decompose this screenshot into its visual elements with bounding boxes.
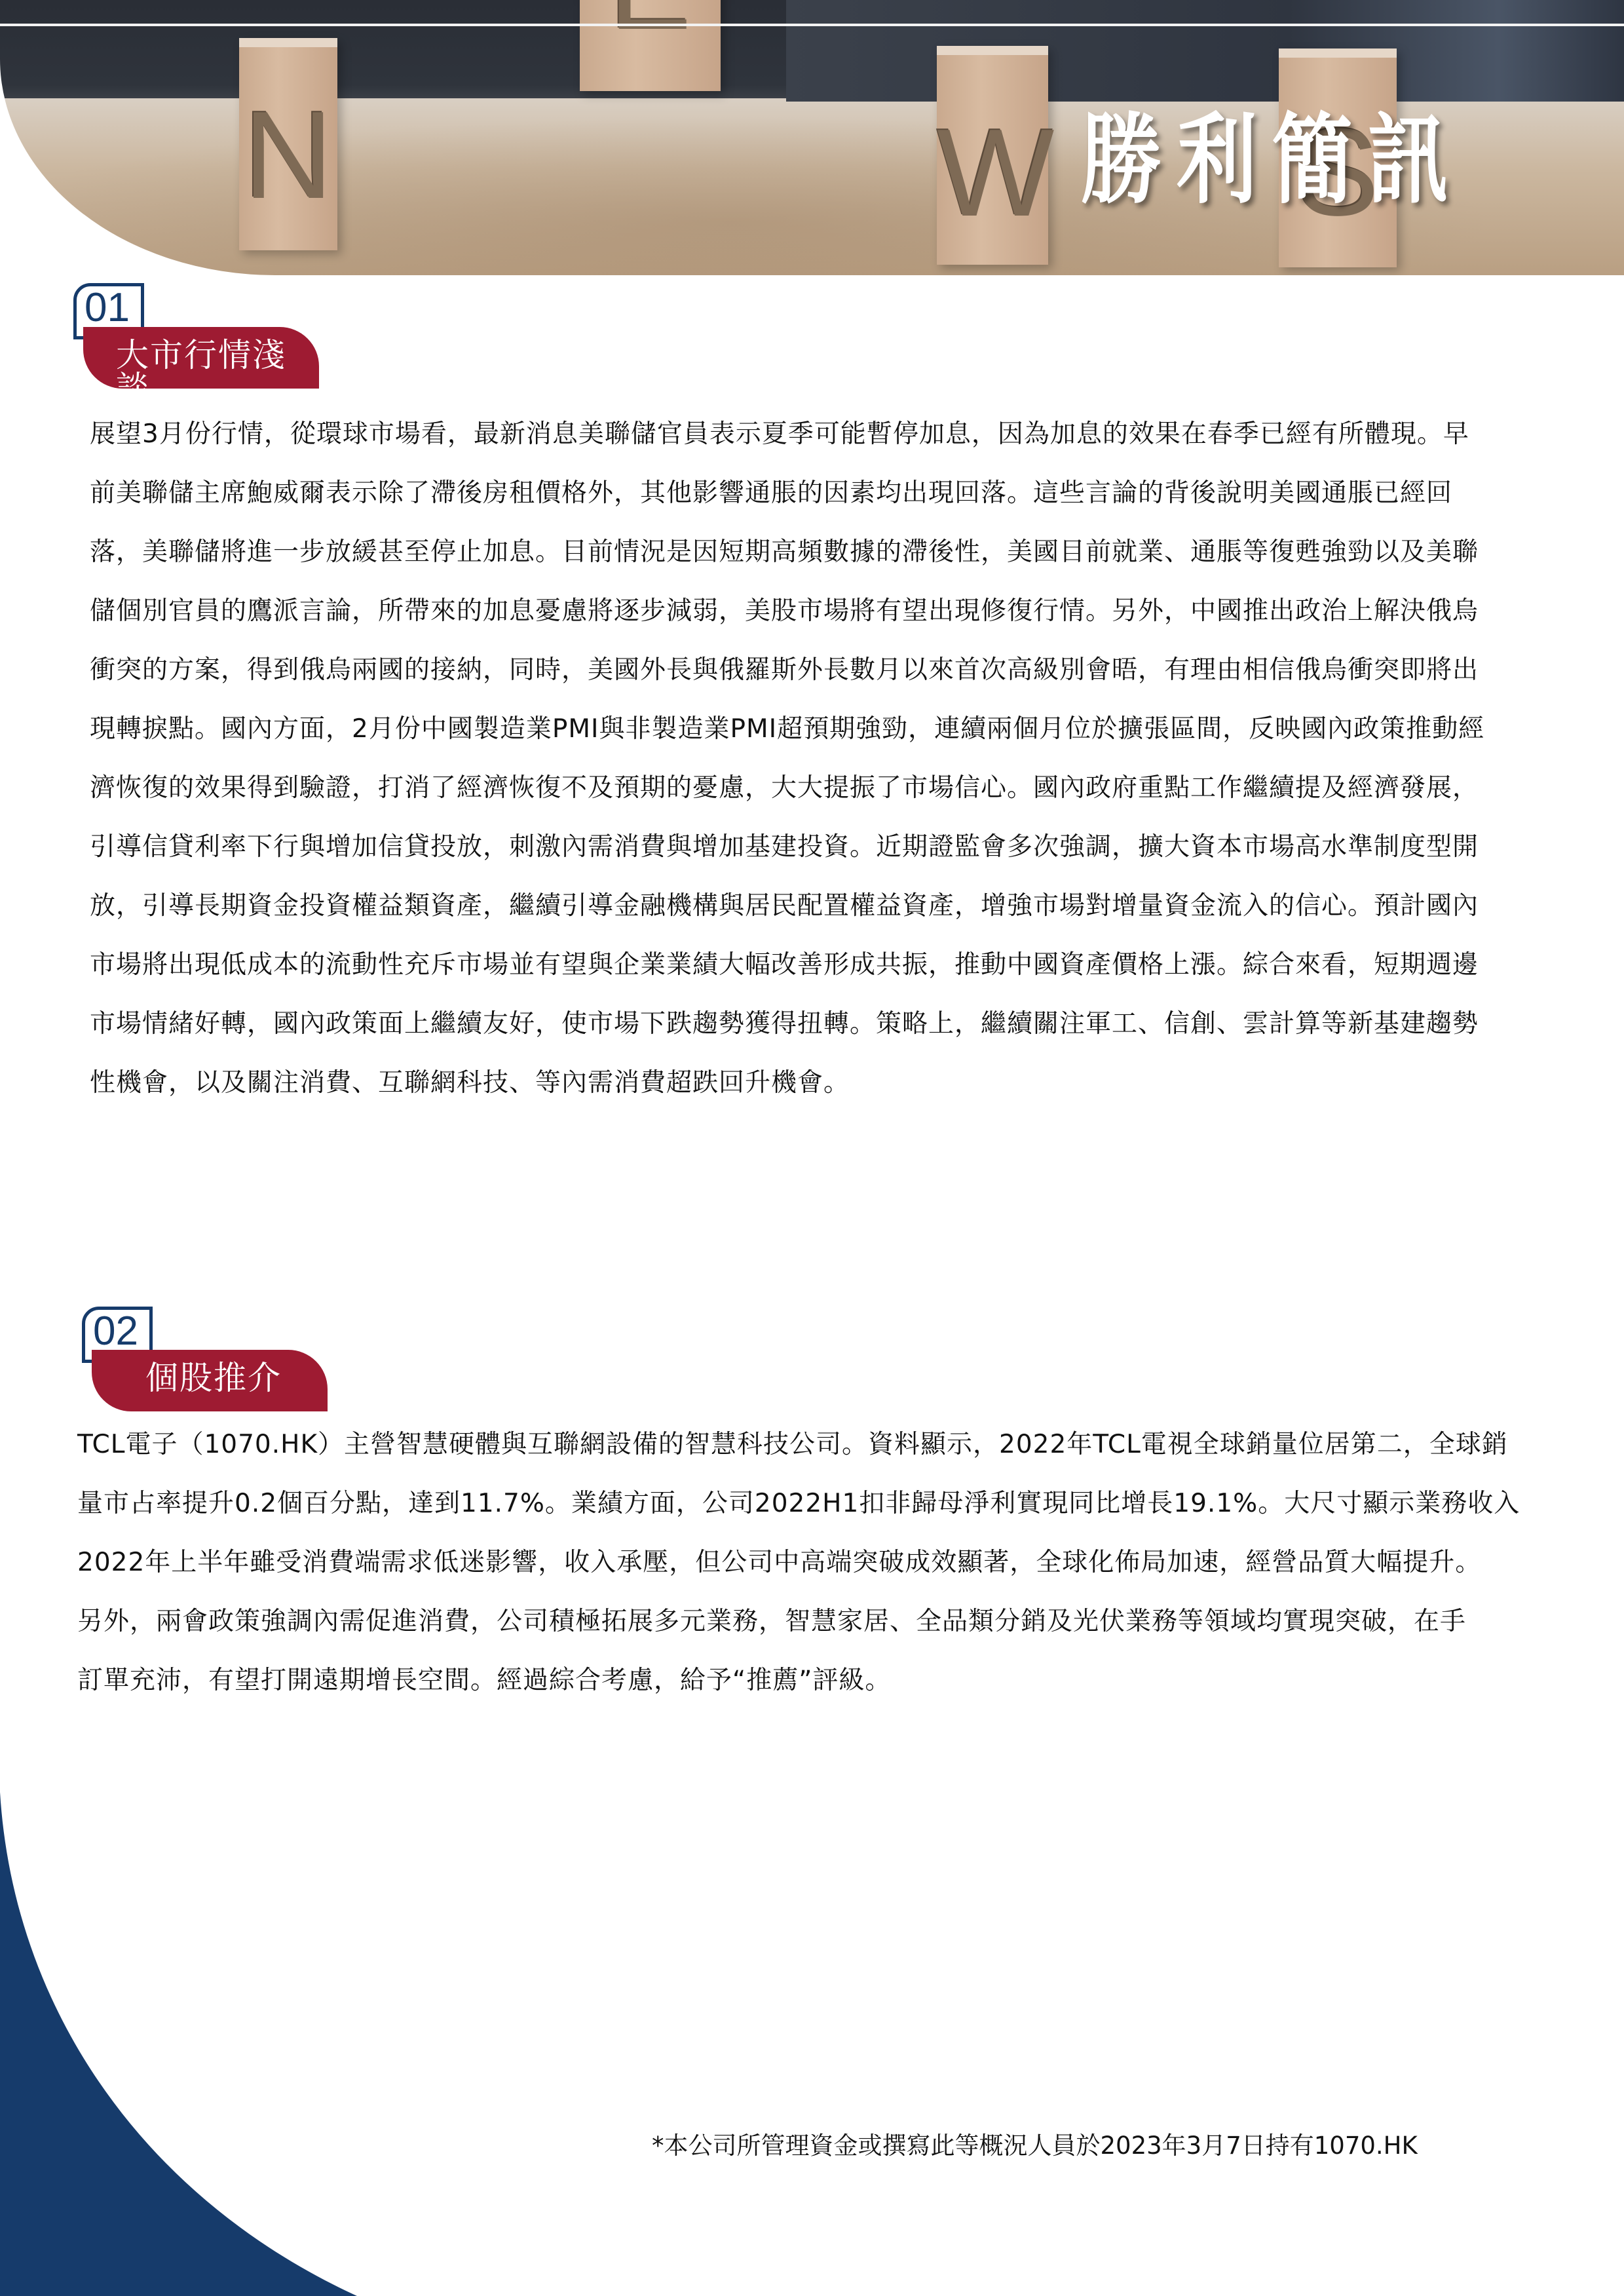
paragraph-line: 濟恢復的效果得到驗證，打消了經濟恢復不及預期的憂慮，大大提振了市場信心。國內政府…: [90, 759, 1484, 818]
paragraph-line: 量市占率提升0.2個百分點，達到11.7%。業績方面，公司2022H1扣非歸母淨…: [77, 1474, 1520, 1533]
banner-backdrop: [786, 0, 1624, 102]
newsletter-title: 勝利簡訊: [1081, 111, 1463, 210]
wood-block-w: W: [937, 46, 1048, 265]
block-letter: W: [937, 111, 1048, 235]
paragraph-line: 性機會，以及關注消費、互聯網科技、等內需消費超跌回升機會。: [90, 1054, 1484, 1113]
paragraph-line: 訂單充沛，有望打開遠期增長空間。經過綜合考慮，給予“推薦”評級。: [77, 1651, 1520, 1710]
holding-disclosure-footnote: *本公司所管理資金或撰寫此等概況人員於2023年3月7日持有1070.HK: [652, 2126, 1418, 2161]
decorative-corner-curve: [0, 1792, 367, 2296]
section-number: 01: [85, 288, 130, 328]
wood-block-n: N: [239, 38, 337, 250]
stock-recommendation-paragraph: TCL電子（1070.HK）主營智慧硬體與互聯網設備的智慧科技公司。資料顯示，2…: [77, 1415, 1520, 1710]
paragraph-line: 放，引導長期資金投資權益類資產，繼續引導金融機構與居民配置權益資產，增強市場對增…: [90, 877, 1484, 936]
market-commentary-paragraph: 展望3月份行情，從環球市場看，最新消息美聯儲官員表示夏季可能暫停加息，因為加息的…: [90, 405, 1484, 1113]
section-title: 個股推介: [145, 1362, 282, 1394]
paragraph-line: 現轉捩點。國內方面，2月份中國製造業PMI與非製造業PMI超預期強勁，連續兩個月…: [90, 700, 1484, 759]
header-banner: E N W S 勝利簡訊: [0, 0, 1624, 275]
paragraph-line: 市場將出現低成本的流動性充斥市場並有望與企業業績大幅改善形成共振，推動中國資產價…: [90, 936, 1484, 995]
block-letter: N: [239, 93, 337, 218]
section-title-tab: 大市行情淺談: [83, 327, 319, 389]
paragraph-line: 引導信貸利率下行與增加信貸投放，刺激內需消費與增加基建投資。近期證監會多次強調，…: [90, 818, 1484, 877]
section-number: 02: [93, 1311, 138, 1352]
banner-divider-line: [0, 24, 1624, 26]
paragraph-line: 2022年上半年雖受消費端需求低迷影響，收入承壓，但公司中高端突破成效顯著，全球…: [77, 1533, 1520, 1592]
paragraph-line: 展望3月份行情，從環球市場看，最新消息美聯儲官員表示夏季可能暫停加息，因為加息的…: [90, 405, 1484, 464]
paragraph-line: 落，美聯儲將進一步放緩甚至停止加息。目前情況是因短期高頻數據的滯後性，美國目前就…: [90, 523, 1484, 582]
section-title-tab: 個股推介: [92, 1350, 328, 1411]
wood-block-e: E: [580, 0, 721, 91]
paragraph-line: 前美聯儲主席鮑威爾表示除了滯後房租價格外，其他影響通脹的因素均出現回落。這些言論…: [90, 464, 1484, 523]
section-title: 大市行情淺談: [116, 339, 319, 404]
paragraph-line: 市場情緒好轉，國內政策面上繼續友好，使市場下跌趨勢獲得扭轉。策略上，繼續關注軍工…: [90, 995, 1484, 1054]
paragraph-line: 儲個別官員的鷹派言論，所帶來的加息憂慮將逐步減弱，美股市場將有望出現修復行情。另…: [90, 582, 1484, 641]
paragraph-line: TCL電子（1070.HK）主營智慧硬體與互聯網設備的智慧科技公司。資料顯示，2…: [77, 1415, 1520, 1474]
paragraph-line: 衝突的方案，得到俄烏兩國的接納，同時，美國外長與俄羅斯外長數月以來首次高級別會晤…: [90, 641, 1484, 700]
paragraph-line: 另外，兩會政策強調內需促進消費，公司積極拓展多元業務，智慧家居、全品類分銷及光伏…: [77, 1592, 1520, 1651]
